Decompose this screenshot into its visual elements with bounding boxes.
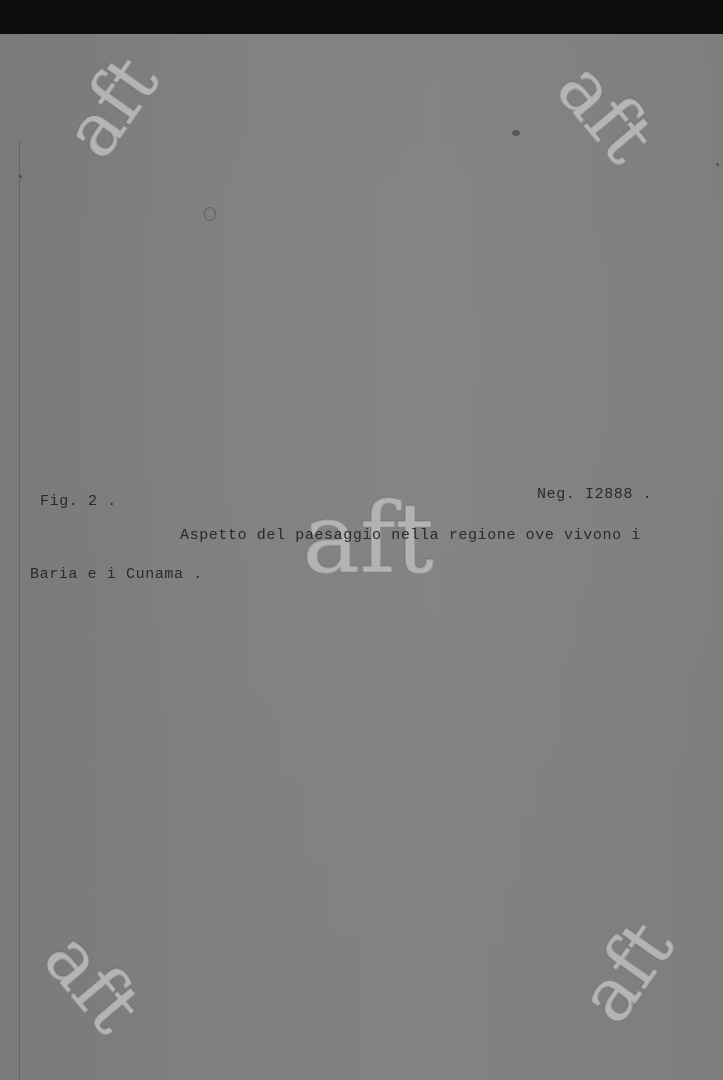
paper-blemish: [512, 130, 520, 136]
caption-line-1: Aspetto del paesaggio nella regione ove …: [180, 527, 641, 544]
page-margin-line: [19, 140, 20, 1080]
scan-dark-border: [0, 0, 723, 34]
paper-blemish: [19, 175, 22, 178]
paper-blemish: [204, 207, 216, 221]
negative-number: Neg. I2888 .: [537, 486, 652, 503]
figure-label: Fig. 2 .: [40, 493, 117, 510]
paper-blemish: [716, 163, 719, 166]
caption-line-2: Baria e i Cunama .: [30, 566, 203, 583]
